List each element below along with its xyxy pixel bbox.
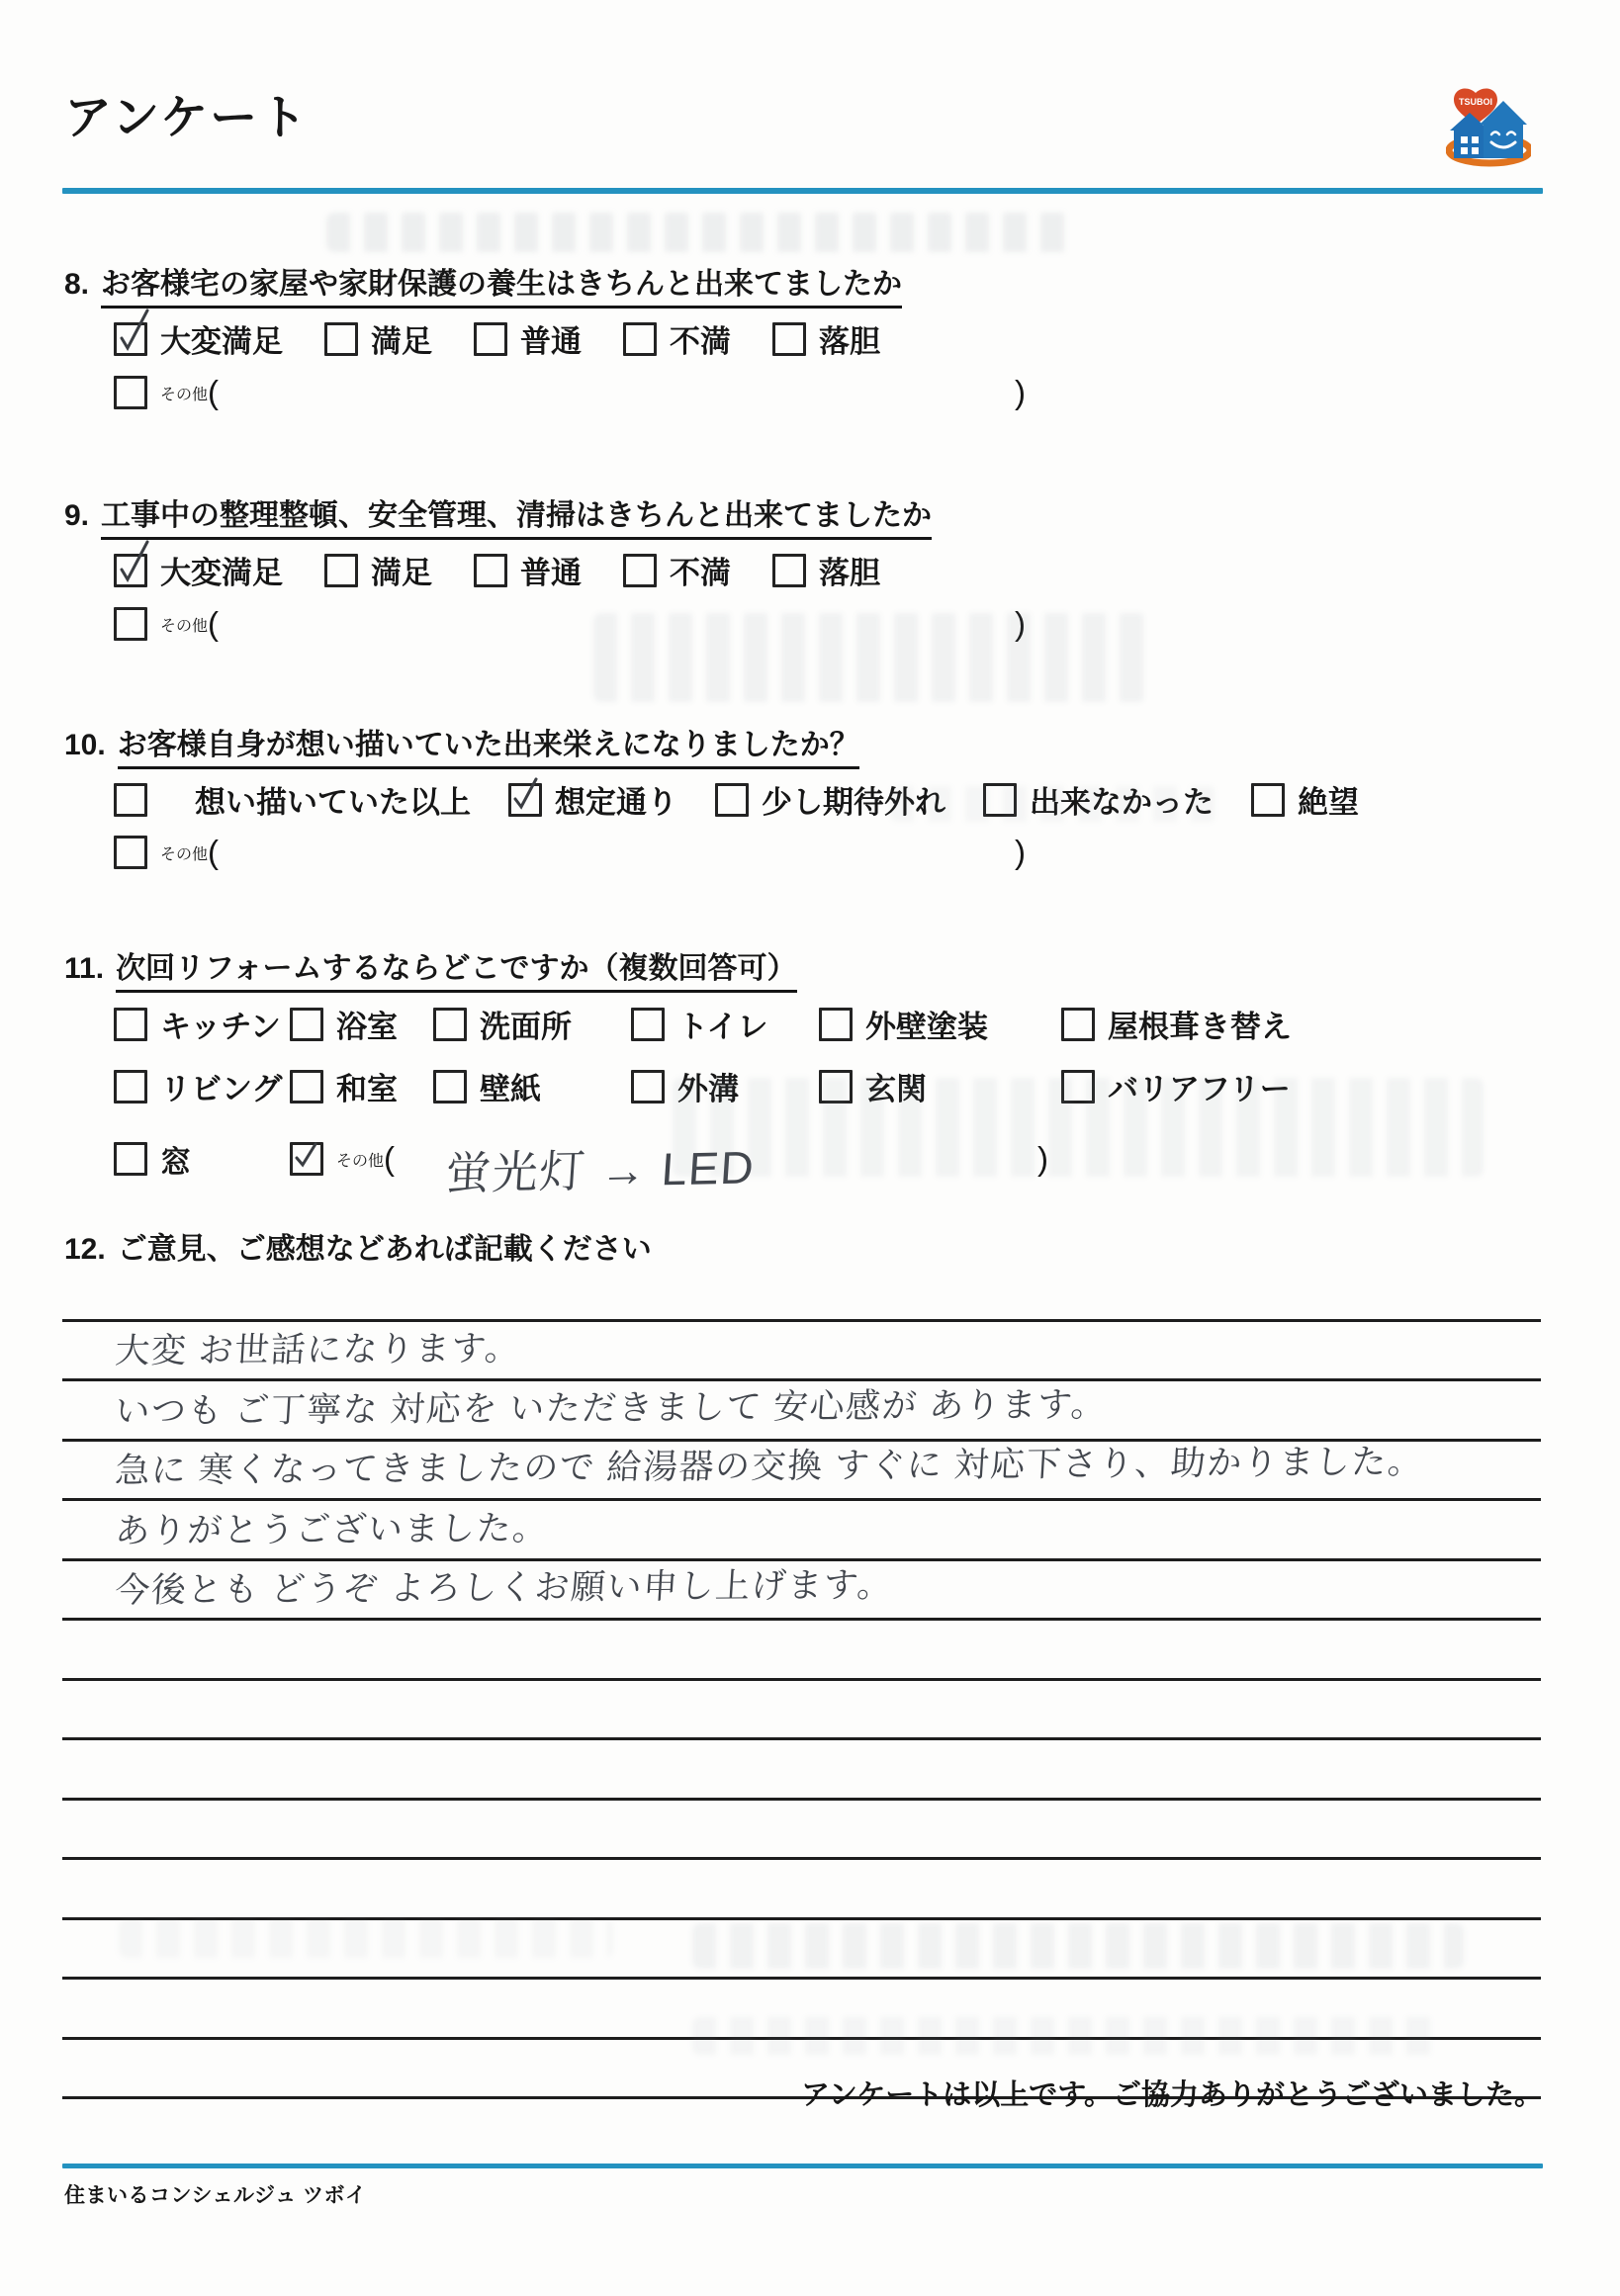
option-label: 普通 [520,548,582,592]
checkbox-q9-very-satisfied [114,554,147,587]
option-q11-exterior-paint: 外壁塗装 [819,1002,1061,1046]
handwritten-comment: 今後とも どうぞ よろしくお願い申し上げます。 [114,1558,895,1613]
company-name: 住まいるコンシェルジュ ツボイ [64,2179,366,2209]
tsuboi-logo: TSUBOI [1446,83,1531,168]
option-label: 落胆 [819,548,880,592]
comment-line [62,1920,1541,1981]
question-11-number: 11. [64,952,104,985]
question-11-text: 次回リフォームするならどこですか（複数回答可） [116,952,797,993]
option-q10-slightly-disappointing: 少し期待外れ [715,777,945,822]
checkbox-q8-dissatisfied [623,322,657,356]
option-q10-beyond-expectation: 想い描いていた以上 [114,777,471,822]
comment-line: いつも ご丁寧な 対応を いただきまして 安心感が あります。 [62,1381,1541,1442]
question-11-row1: キッチン 浴室 洗面所 トイレ 外壁塗装 屋根葺き替え [114,1002,1292,1046]
option-label: 窓 [160,1137,191,1182]
option-label: 普通 [520,316,582,361]
checkbox-q11-roof-replacement [1061,1008,1095,1041]
option-q11-entrance: 玄関 [819,1064,1061,1108]
close-paren: ) [1015,834,1026,871]
option-label: キッチン [160,1002,281,1046]
checkbox-q11-toilet [631,1008,665,1041]
checkbox-q10-not-achieved [983,783,1017,817]
checkbox-q8-normal [474,322,507,356]
checkbox-q11-outer-drain [631,1070,665,1104]
option-label: 洗面所 [480,1002,572,1046]
option-q8-dissatisfied: 不満 [623,316,731,361]
option-q11-kitchen: キッチン [114,1002,290,1046]
question-9-text: 工事中の整理整頓、安全管理、清掃はきちんと出来てましたか [101,499,932,540]
comment-line [62,1621,1541,1681]
question-11-row3: 窓 その他 ( 蛍光灯 → LED ) [114,1126,1048,1192]
checkbox-q10-despair [1251,783,1285,817]
question-8-options: 大変満足 満足 普通 不満 落胆 [114,316,880,361]
option-label: 壁紙 [480,1064,541,1108]
handwritten-comment: いつも ご丁寧な 対応を いただきまして 安心感が あります。 [114,1377,1109,1434]
option-q11-window: 窓 [114,1137,290,1182]
checkbox-q8-satisfied [324,322,358,356]
option-label: 想い描いていた以上 [195,777,471,822]
option-q8-very-satisfied: 大変満足 [114,316,283,361]
option-q9-disappointed: 落胆 [772,548,880,592]
checkbox-q9-disappointed [772,554,806,587]
question-10-options: 想い描いていた以上 想定通り 少し期待外れ 出来なかった 絶望 [114,777,1359,822]
option-label: 外壁塗装 [865,1002,988,1046]
option-label: 屋根葺き替え [1108,1002,1292,1046]
option-label: トイレ [677,1002,767,1046]
checkbox-q11-exterior-paint [819,1008,853,1041]
other-label: その他 [160,613,208,636]
comment-line [62,1801,1541,1861]
page-title: アンケート [64,79,309,147]
svg-text:TSUBOI: TSUBOI [1459,97,1492,107]
comment-line: ありがとうございました。 [62,1501,1541,1561]
option-q11-roof-replacement: 屋根葺き替え [1061,1002,1292,1046]
option-q10-not-achieved: 出来なかった [983,777,1214,822]
option-q11-japanese-room: 和室 [290,1064,433,1108]
checkbox-q8-disappointed [772,322,806,356]
checkbox-q11-japanese-room [290,1070,323,1104]
option-label: 満足 [371,316,432,361]
question-10-number: 10. [64,729,106,761]
question-9-heading: 9.工事中の整理整頓、安全管理、清掃はきちんと出来てましたか [64,490,932,534]
comment-line [62,1740,1541,1801]
close-paren: ) [1015,374,1026,411]
checkbox-q11-bathroom [290,1008,323,1041]
option-label: リビング [160,1064,282,1108]
question-11-heading: 11.次回リフォームするならどこですか（複数回答可） [64,943,797,987]
option-label: 不満 [670,548,731,592]
question-9-options: 大変満足 満足 普通 不満 落胆 [114,548,880,592]
option-label: 大変満足 [160,548,283,592]
checkbox-q8-other [114,376,147,409]
option-label: バリアフリー [1108,1064,1291,1108]
q11-other-handwritten-answer: 蛍光灯 → LED [443,1125,1041,1203]
checkbox-q10-beyond-expectation [114,783,147,817]
checkbox-q10-as-expected [508,783,542,817]
checkbox-q11-kitchen [114,1008,147,1041]
scan-bleed-artifact [326,213,1078,252]
handwritten-comment: 急に 寒くなってきましたので 給湯器の交換 すぐに 対応下さり、助かりました。 [114,1435,1425,1493]
open-paren: ( [208,605,219,643]
option-q11-barrier-free: バリアフリー [1061,1064,1291,1108]
header-divider [62,188,1543,194]
open-paren: ( [208,374,219,411]
option-q10-despair: 絶望 [1251,777,1359,822]
question-10-heading: 10.お客様自身が想い描いていた出来栄えになりましたか？ [64,720,859,763]
option-q9-very-satisfied: 大変満足 [114,548,283,592]
option-q9-normal: 普通 [474,548,582,592]
option-label: 玄関 [865,1064,927,1108]
option-label: 浴室 [336,1002,398,1046]
comment-line [62,1681,1541,1741]
option-label: 出来なかった [1030,777,1214,822]
option-label: 外溝 [677,1064,739,1108]
checkbox-q11-living [114,1070,147,1104]
option-q8-satisfied: 満足 [324,316,432,361]
option-label: 不満 [670,316,731,361]
checkbox-q11-barrier-free [1061,1070,1095,1104]
close-paren: ) [1015,605,1026,643]
checkbox-q10-slightly-disappointing [715,783,749,817]
comments-ruled-area: 大変 お世話になります。 いつも ご丁寧な 対応を いただきまして 安心感が あ… [62,1262,1541,2099]
option-label: 満足 [371,548,432,592]
other-label: その他 [336,1148,384,1171]
comment-line [62,1980,1541,2040]
other-label: その他 [160,841,208,864]
question-8-heading: 8.お客様宅の家屋や家財保護の養生はきちんと出来てましたか [64,259,902,303]
other-label: その他 [160,382,208,404]
handwritten-comment: 大変 お世話になります。 [114,1321,522,1373]
open-paren: ( [208,834,219,871]
option-q9-satisfied: 満足 [324,548,432,592]
comment-line: 大変 お世話になります。 [62,1322,1541,1382]
checkbox-q9-normal [474,554,507,587]
question-9-number: 9. [64,499,89,532]
question-11-row2: リビング 和室 壁紙 外溝 玄関 バリアフリー [114,1064,1291,1108]
option-q9-dissatisfied: 不満 [623,548,731,592]
option-label: 大変満足 [160,316,283,361]
option-q11-living: リビング [114,1064,290,1108]
checkbox-q11-wallpaper [433,1070,467,1104]
comment-line: 今後とも どうぞ よろしくお願い申し上げます。 [62,1561,1541,1622]
open-paren: ( [384,1140,395,1178]
question-9-other-row: その他 ( ) [114,605,1026,643]
checkbox-q11-entrance [819,1070,853,1104]
option-label: 和室 [336,1064,398,1108]
checkbox-q9-dissatisfied [623,554,657,587]
option-q8-disappointed: 落胆 [772,316,880,361]
comment-line: 急に 寒くなってきましたので 給湯器の交換 すぐに 対応下さり、助かりました。 [62,1442,1541,1502]
tsuboi-logo-graphic: TSUBOI [1446,83,1531,168]
option-label: 絶望 [1298,777,1359,822]
option-q8-normal: 普通 [474,316,582,361]
checkbox-q11-other [290,1142,323,1176]
scanned-survey-page: アンケート TSUBOI 8.お客様宅の家屋や家財保護の養生はきちんと出来てまし… [0,0,1620,2296]
checkbox-q11-washroom [433,1008,467,1041]
option-label: 少し期待外れ [762,777,945,822]
question-8-other-row: その他 ( ) [114,374,1026,411]
checkbox-q9-satisfied [324,554,358,587]
option-label: 想定通り [555,777,677,822]
closing-note: アンケートは以上です。ご協力ありがとうございました。 [801,2073,1543,2113]
checkbox-q8-very-satisfied [114,322,147,356]
comment-line [62,1262,1541,1322]
footer-divider [62,2164,1543,2168]
option-q11-toilet: トイレ [631,1002,819,1046]
question-8-text: お客様宅の家屋や家財保護の養生はきちんと出来てましたか [101,268,902,309]
handwritten-comment: ありがとうございました。 [114,1500,550,1552]
question-8-number: 8. [64,268,89,301]
option-q11-outer-drain: 外溝 [631,1064,819,1108]
checkbox-q10-other [114,836,147,869]
checkbox-q9-other [114,607,147,641]
question-10-text: お客様自身が想い描いていた出来栄えになりましたか？ [118,729,859,769]
comment-line [62,1860,1541,1920]
checkbox-q11-window [114,1142,147,1176]
option-q11-washroom: 洗面所 [433,1002,631,1046]
option-label: 落胆 [819,316,880,361]
option-q11-bathroom: 浴室 [290,1002,433,1046]
question-10-other-row: その他 ( ) [114,834,1026,871]
option-q11-wallpaper: 壁紙 [433,1064,631,1108]
option-q10-as-expected: 想定通り [508,777,677,822]
